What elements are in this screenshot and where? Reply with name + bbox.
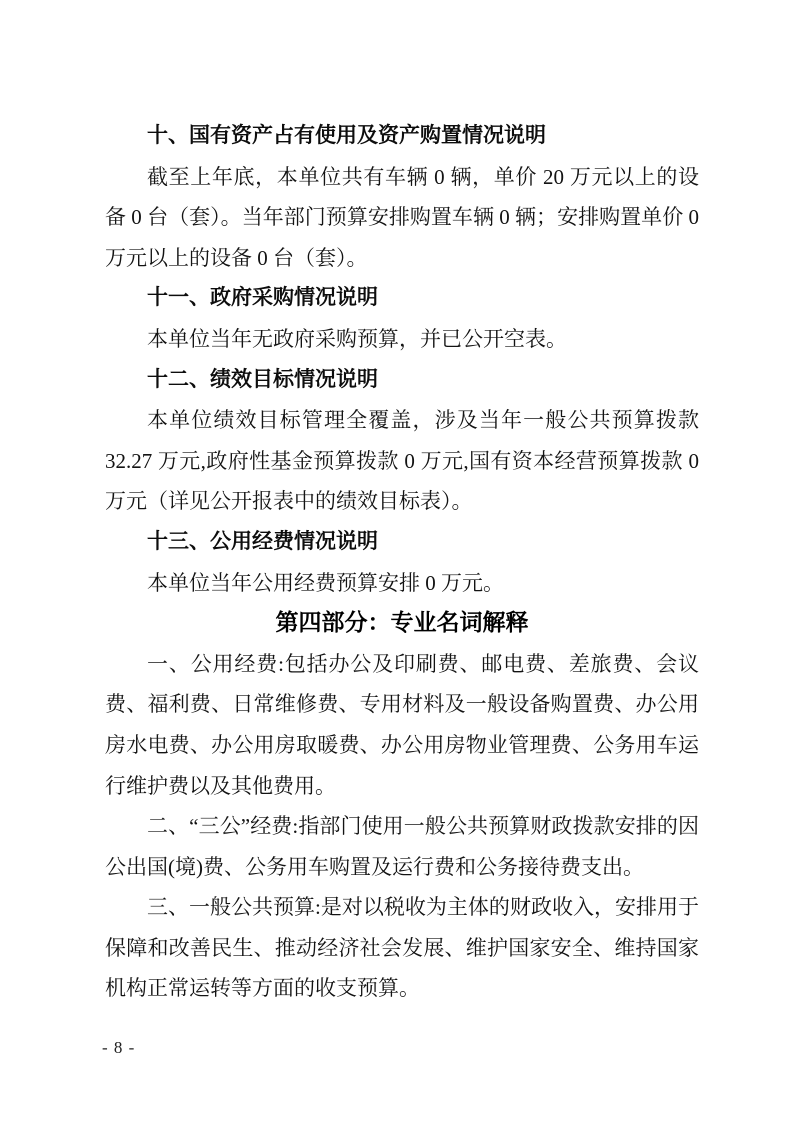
section-heading-public-funds: 十三、公用经费情况说明: [105, 522, 699, 563]
part-title-terminology: 第四部分：专业名词解释: [105, 603, 699, 644]
paragraph-performance-targets: 本单位绩效目标管理全覆盖，涉及当年一般公共预算拨款 32.27 万元,政府性基金…: [105, 400, 699, 522]
section-heading-performance-targets: 十二、绩效目标情况说明: [105, 360, 699, 401]
paragraph-term-three-public-expenses: 二、“三公”经费:指部门使用一般公共预算财政拨款安排的因公出国(境)费、公务用车…: [105, 806, 699, 887]
paragraph-term-general-public-budget: 三、一般公共预算:是对以税收为主体的财政收入，安排用于保障和改善民生、推动经济社…: [105, 887, 699, 1009]
paragraph-term-public-funds: 一、公用经费:包括办公及印刷费、邮电费、差旅费、会议费、福利费、日常维修费、专用…: [105, 644, 699, 806]
section-heading-government-procurement: 十一、政府采购情况说明: [105, 278, 699, 319]
document-content: 十、国有资产占有使用及资产购置情况说明 截至上年底，本单位共有车辆 0 辆，单价…: [105, 116, 699, 1009]
paragraph-public-funds: 本单位当年公用经费预算安排 0 万元。: [105, 563, 699, 604]
page-number: - 8 -: [102, 1036, 135, 1060]
section-heading-state-assets: 十、国有资产占有使用及资产购置情况说明: [105, 116, 699, 157]
paragraph-government-procurement: 本单位当年无政府采购预算，并已公开空表。: [105, 319, 699, 360]
paragraph-state-assets: 截至上年底，本单位共有车辆 0 辆，单价 20 万元以上的设备 0 台（套）。当…: [105, 157, 699, 279]
document-page: 十、国有资产占有使用及资产购置情况说明 截至上年底，本单位共有车辆 0 辆，单价…: [0, 0, 793, 1122]
